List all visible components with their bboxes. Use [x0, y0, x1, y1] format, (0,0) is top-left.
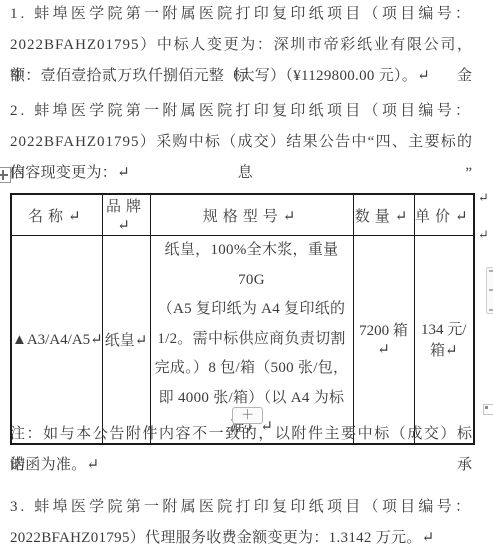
paragraph-line: 2022BFAHZ01795）采购中标（成交）结果公告中“四、主要标的信息” — [10, 127, 473, 158]
paragraph-line: 1. 蚌埠医学院第一附属医院打印复印纸项目（项目编号： — [10, 0, 473, 30]
document-page: 1. 蚌埠医学院第一附属医院打印复印纸项目（项目编号： 2022BFAHZ017… — [0, 0, 493, 557]
scrollbar-dash — [489, 270, 493, 272]
cell-unit-price[interactable]: 134 元/箱↵ — [414, 236, 474, 444]
paragraph-line: 3. 蚌埠医学院第一附属医院打印复印纸项目（项目编号： — [10, 492, 473, 523]
spec-line: 完成。）8 包/箱（500 张/包， — [151, 354, 353, 384]
spec-line: 1/2。需中标供应商负责切割 — [151, 325, 353, 355]
scrollbar-dash — [489, 289, 493, 291]
cell-name[interactable]: ▲A3/A4/A5↵ — [11, 236, 102, 444]
cross-bar — [2, 170, 4, 180]
paragraph-line: 2022BFAHZ01795）代理服务收费金额变更为：1.3142 万元。↵ — [10, 523, 473, 554]
scrollbar-dash — [489, 309, 493, 311]
row-end-mark: ↵ — [478, 228, 489, 241]
header-unit-price[interactable]: 单价↵ — [414, 194, 474, 236]
paragraph-line: 内容现变更为：↵ — [10, 158, 473, 189]
paragraph-line: 2022BFAHZ01795）中标人变更为：深圳市帝彩纸业有限公司，中标金 — [10, 30, 473, 61]
cell-brand[interactable]: 纸皇↵ — [102, 236, 150, 444]
header-spec[interactable]: 规格型号↵ — [150, 194, 353, 236]
table-move-handle-icon[interactable] — [0, 167, 11, 183]
table-resize-handle-icon[interactable] — [483, 404, 493, 415]
cell-quantity[interactable]: 7200 箱↵ — [353, 236, 414, 444]
header-brand[interactable]: 品牌↵ — [102, 194, 150, 236]
note-line: 注：如与本公告附件内容不一致的，以附件主要中标（成交）标的承 — [10, 419, 473, 450]
note-line: 诺函为准。↵ — [10, 450, 473, 481]
spec-line: （A5 复印纸为 A4 复印纸的 — [151, 295, 353, 325]
paragraph-line: 额：壹佰壹拾贰万玖仟捌佰元整（大写）（¥1129800.00 元）。↵ — [10, 61, 473, 92]
table-header-row: 名称↵ 品牌↵ 规格型号↵ 数量↵ 单价↵ — [11, 194, 474, 236]
resize-corner-mark — [485, 406, 488, 409]
row-end-mark: ↵ — [478, 191, 489, 204]
scrollbar-thumb[interactable] — [486, 267, 493, 314]
header-name[interactable]: 名称↵ — [11, 194, 102, 236]
paragraph-line: 2. 蚌埠医学院第一附属医院打印复印纸项目（项目编号： — [10, 96, 473, 127]
spec-line: 纸皇，100%全木浆，重量 70G — [151, 236, 353, 295]
header-quantity[interactable]: 数量↵ — [353, 194, 414, 236]
